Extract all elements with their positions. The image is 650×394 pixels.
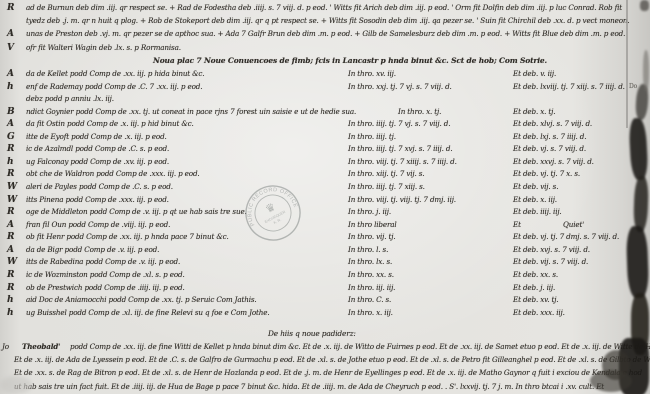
entry-text: debz podd p anniu .lx. iij. bbox=[26, 93, 114, 106]
entry-text: aid Doc de Aniamocchi podd Comp de .xx. … bbox=[26, 294, 257, 307]
entry-text: ug Falconay podd Comp de .xv. iij. p eod… bbox=[26, 156, 169, 169]
entry-text: ug Buisshel podd Comp de .xl. iij. de fi… bbox=[26, 307, 269, 320]
entry-text: oge de Middleton podd Comp de .v. iij. p… bbox=[26, 206, 247, 219]
closing-row: Et de .x. iij. de Ada de Lyessein p eod.… bbox=[0, 354, 650, 367]
entry-debet: Et deb. vij. s. bbox=[513, 181, 558, 194]
entry-thesauro: In thro. iiij. tj. 7 xvj. s. 7 iiij. d. bbox=[348, 143, 452, 156]
preamble-line: tyedz deb .j. m. qr n huit q plog. + Rob… bbox=[0, 15, 650, 28]
entry-thesauro: In thro. j. iij. bbox=[348, 206, 391, 219]
entry-thesauro: In thro. C. s. bbox=[348, 294, 391, 307]
entry-debet: Et deb. v. iij. bbox=[513, 68, 556, 81]
entry-initial: h bbox=[7, 156, 13, 169]
entry-row: Ric de Azalmdl podd Comp de .C. s. p eod… bbox=[0, 143, 650, 156]
entry-debet: Et deb. xv. tj. bbox=[513, 294, 558, 307]
entry-row: Bndict Goynier podd Comp de .xx. tj. ut … bbox=[0, 106, 650, 119]
entry-text: ic de Azalmdl podd Comp de .C. s. p eod. bbox=[26, 143, 169, 156]
preamble-initial: R bbox=[7, 2, 14, 15]
closing-margin-initial: Jo bbox=[2, 341, 9, 354]
preamble-block: Rad de Burnun deb dim .iij. qr respect s… bbox=[0, 2, 650, 55]
entry-text: enf de Rademay podd Comp de .C. 7 .xx. i… bbox=[26, 81, 202, 94]
entry-thesauro: In thro. vij. tj. bbox=[348, 231, 396, 244]
entry-debet: Et deb. xlvj. s. 7 viij. d. bbox=[513, 118, 592, 131]
entry-initial: W bbox=[7, 181, 17, 194]
entry-initial: A bbox=[7, 219, 14, 232]
entry-row: Roge de Middleton podd Comp de .v. iij. … bbox=[0, 206, 650, 219]
closing-lead-word: Theobald' bbox=[22, 341, 60, 354]
entry-text: da de Kellet podd Comp de .xx. iij. p hi… bbox=[26, 68, 204, 81]
entry-debet: Et deb. vj. tj. 7 x. s. bbox=[513, 168, 580, 181]
closing-text: podd Comp de .xx. iij. de fine Witti de … bbox=[70, 341, 650, 354]
entry-row: Waleri de Payles podd Comp de .C. s. p e… bbox=[0, 181, 650, 194]
preamble-line: Aunas de Preston deb .vj. m. qr pezer se… bbox=[0, 28, 650, 41]
preamble-initial: A bbox=[7, 28, 14, 41]
preamble-text: ofr fit Walteri Wagin deb .lx. s. p Rorm… bbox=[26, 42, 181, 55]
entry-quiet-note: Quiet' bbox=[563, 219, 584, 232]
entry-row: Rob de Prestwich podd Comp de .iiij. iij… bbox=[0, 282, 650, 295]
entry-text: itte de Eyoft podd Comp de .x. iij. p eo… bbox=[26, 131, 167, 144]
closing-paragraph: JoTheobald'podd Comp de .xx. iij. de fin… bbox=[0, 341, 650, 394]
closing-row: JoTheobald'podd Comp de .xx. iij. de fin… bbox=[0, 341, 650, 354]
closing-row: ut hab sais tre uin fact fuit. Et de .ii… bbox=[0, 381, 650, 394]
entry-debet: Et bbox=[513, 219, 521, 232]
entry-text: ob de Prestwich podd Comp de .iiij. iij.… bbox=[26, 282, 185, 295]
entry-initial: R bbox=[7, 206, 14, 219]
entry-initial: h bbox=[7, 307, 13, 320]
entry-initial: A bbox=[7, 118, 14, 131]
entry-initial: R bbox=[7, 282, 14, 295]
entry-initial: A bbox=[7, 68, 14, 81]
entry-debet: Et deb. lxj. s. 7 iiij. d. bbox=[513, 131, 586, 144]
entry-row: Afran fil Oun podd Comp de .viij. iij. p… bbox=[0, 219, 650, 232]
entry-row: henf de Rademay podd Comp de .C. 7 .xx. … bbox=[0, 81, 650, 94]
entry-row: hug Buisshel podd Comp de .xl. iij. de f… bbox=[0, 307, 650, 320]
entry-thesauro: In thro. xv. iij. bbox=[348, 68, 396, 81]
entry-thesauro: In thro liberal bbox=[348, 219, 397, 232]
sub-heading: De hiis q noue padiderz: bbox=[268, 329, 356, 338]
closing-text: Et de .x. iij. de Ada de Lyessein p eod.… bbox=[14, 354, 650, 367]
closing-text: ut hab sais tre uin fact fuit. Et de .ii… bbox=[14, 381, 604, 394]
entry-debet: Et deb. vj. tj. 7 dmj. s. 7 viij. d. bbox=[513, 231, 619, 244]
entry-text: ic de Wozminston podd Comp de .xl. s. p … bbox=[26, 269, 185, 282]
entry-text: fran fil Oun podd Comp de .viij. iij. p … bbox=[26, 219, 170, 232]
manuscript-scan-page: Rad de Burnun deb dim .iij. qr respect s… bbox=[0, 0, 650, 394]
scan-stain bbox=[643, 50, 649, 92]
entry-initial: R bbox=[7, 231, 14, 244]
entry-row: Ric de Wozminston podd Comp de .xl. s. p… bbox=[0, 269, 650, 282]
entry-row: Ada fit Ostin podd Comp de .x. iij. p hi… bbox=[0, 118, 650, 131]
paper-smudge bbox=[0, 376, 32, 394]
closing-text: Et de .xx. s. de Rag de Bitron p eod. Et… bbox=[14, 367, 642, 380]
entry-row: Witts de Rabedina podd Comp de .v. iij. … bbox=[0, 256, 650, 269]
entry-text: aleri de Payles podd Comp de .C. s. p eo… bbox=[26, 181, 173, 194]
entry-text: da de Bigr podd Comp de .v. iij. p eod. bbox=[26, 244, 159, 257]
preamble-line: Vofr fit Walteri Wagin deb .lx. s. p Ror… bbox=[0, 42, 650, 55]
entry-thesauro: In thro. iiij. tj. 7 xiij. s. bbox=[348, 181, 425, 194]
section-heading: Noua plac 7 Noue Conuencoes de fimb; fci… bbox=[153, 56, 547, 65]
entry-debet: Et deb. x. iij. bbox=[513, 194, 557, 207]
fold-line bbox=[626, 0, 628, 128]
entry-debet: Et deb. xxx. iij. bbox=[513, 307, 565, 320]
entry-row: Witts Pinena podd Comp de .xxx. iij. p e… bbox=[0, 194, 650, 207]
entry-thesauro: In thro. xiij. tj. 7 vij. s. bbox=[348, 168, 424, 181]
entry-text: ob fit Henr podd Comp de .xx. iij. p hnd… bbox=[26, 231, 229, 244]
entry-thesauro: In thro. xx. s. bbox=[348, 269, 394, 282]
entry-initial: W bbox=[7, 256, 17, 269]
entry-text: ndict Goynier podd Comp de .xx. tj. ut c… bbox=[26, 106, 356, 119]
entry-debet: Et deb. vj. s. 7 viij. d. bbox=[513, 143, 586, 156]
entry-row: Gitte de Eyoft podd Comp de .x. iij. p e… bbox=[0, 131, 650, 144]
entry-thesauro: In thro. iiij. tj. 7 vj. s. 7 viij. d. bbox=[348, 118, 450, 131]
entry-debet: Et deb. xxvj. s. 7 viij. d. bbox=[513, 156, 594, 169]
scan-stain bbox=[640, 0, 649, 11]
entry-text: itts Pinena podd Comp de .xxx. iij. p eo… bbox=[26, 194, 169, 207]
entry-initial: W bbox=[7, 194, 17, 207]
entry-text: obt che de Waldron podd Comp de .xxx. ii… bbox=[26, 168, 200, 181]
entry-thesauro: In thro. viij. tj. 7 xiiij. s. 7 iiij. d… bbox=[348, 156, 457, 169]
entry-row: Ada de Kellet podd Comp de .xx. iij. p h… bbox=[0, 68, 650, 81]
closing-row: Et de .xx. s. de Rag de Bitron p eod. Et… bbox=[0, 367, 650, 380]
entry-thesauro: In thro. lx. s. bbox=[348, 256, 392, 269]
entry-debet: Et deb. vij. s. 7 viij. d. bbox=[513, 256, 588, 269]
entry-debet: Et deb. xvj. s. 7 viij. d. bbox=[513, 244, 590, 257]
entry-initial: A bbox=[7, 244, 14, 257]
entry-debet: Et deb. xx. s. bbox=[513, 269, 558, 282]
preamble-text: ad de Burnun deb dim .iij. qr respect se… bbox=[26, 2, 622, 15]
entry-debet: Et deb. iiij. iij. bbox=[513, 206, 562, 219]
entry-initial: R bbox=[7, 168, 14, 181]
preamble-line: Rad de Burnun deb dim .iij. qr respect s… bbox=[0, 2, 650, 15]
entry-thesauro: In thro. x. iij. bbox=[348, 307, 393, 320]
entry-initial: h bbox=[7, 294, 13, 307]
scan-stain bbox=[590, 370, 632, 392]
entry-thesauro: In thro. xxj. tj. 7 vj. s. 7 viij. d. bbox=[348, 81, 452, 94]
entry-initial: h bbox=[7, 81, 13, 94]
entry-annotation: Do bbox=[629, 81, 637, 94]
preamble-text: unas de Preston deb .vj. m. qr pezer se … bbox=[26, 28, 625, 41]
scan-stain bbox=[626, 226, 650, 299]
entry-row: Rob fit Henr podd Comp de .xx. iij. p hn… bbox=[0, 231, 650, 244]
entry-debet: Et deb. x. tj. bbox=[513, 106, 555, 119]
entry-initial: R bbox=[7, 143, 14, 156]
entry-thesauro: In thro. iij. iij. bbox=[348, 282, 395, 295]
entry-thesauro: In thro. x. tj. bbox=[398, 106, 441, 119]
preamble-initial: V bbox=[7, 42, 14, 55]
entry-row: debz podd p anniu .lx. iij. bbox=[0, 93, 650, 106]
entry-text: da fit Ostin podd Comp de .x. iij. p hid… bbox=[26, 118, 194, 131]
entry-row: hug Falconay podd Comp de .xv. iij. p eo… bbox=[0, 156, 650, 169]
entry-row: Ada de Bigr podd Comp de .v. iij. p eod.… bbox=[0, 244, 650, 257]
preamble-text: tyedz deb .j. m. qr n huit q plog. + Rob… bbox=[26, 15, 630, 28]
entry-text: itts de Rabedina podd Comp de .v. iij. p… bbox=[26, 256, 180, 269]
entry-initial: G bbox=[7, 131, 15, 144]
entry-row: Robt che de Waldron podd Comp de .xxx. i… bbox=[0, 168, 650, 181]
entry-thesauro: In thro. l. s. bbox=[348, 244, 388, 257]
entry-debet: Et deb. lxviij. tj. 7 xiij. s. 7 iiij. d… bbox=[513, 81, 625, 94]
entry-row: haid Doc de Aniamocchi podd Comp de .xx.… bbox=[0, 294, 650, 307]
entry-debet: Et deb. j. iij. bbox=[513, 282, 555, 295]
entry-thesauro: In thro. iiij. tj. bbox=[348, 131, 396, 144]
entry-initial: B bbox=[7, 106, 14, 119]
entry-thesauro: In thro. viij. tj. viij. tj. 7 dmj. iij. bbox=[348, 194, 456, 207]
entry-initial: R bbox=[7, 269, 14, 282]
